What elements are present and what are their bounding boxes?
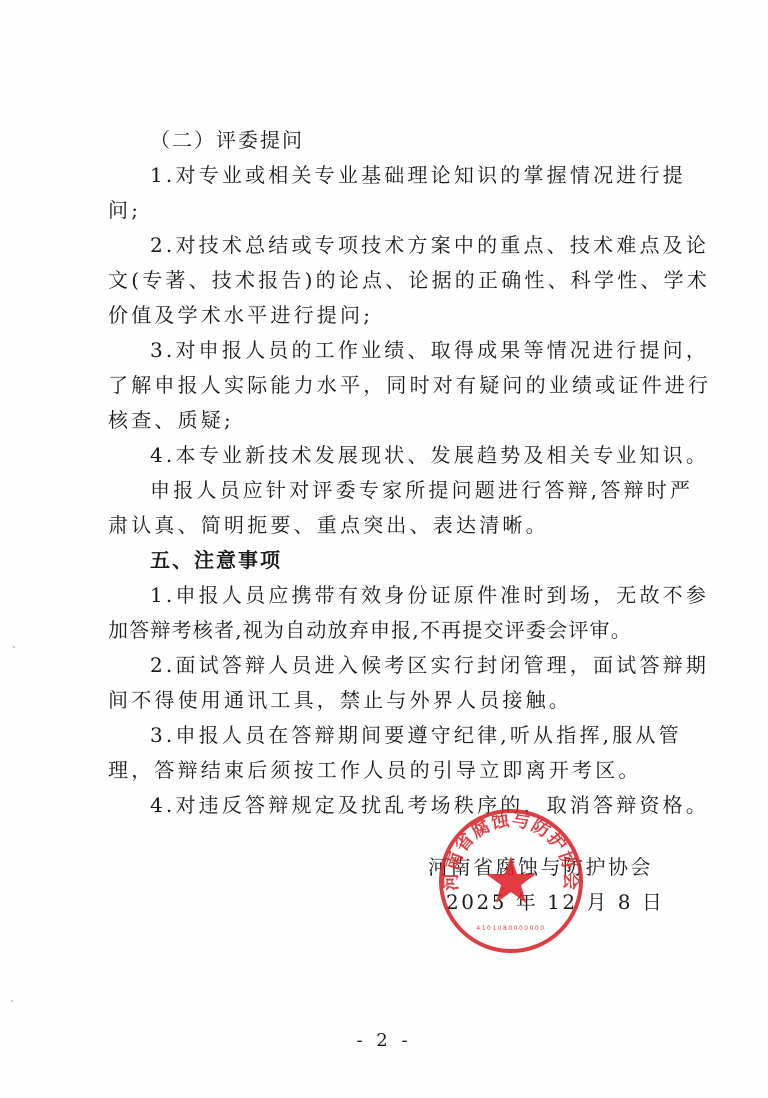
question-3-line-3: 核查、质疑; — [108, 408, 660, 432]
question-2-line-3: 价值及学术水平进行提问; — [108, 303, 660, 327]
defense-note-line-1: 申报人员应针对评委专家所提问题进行答辩,答辩时严 — [150, 478, 660, 502]
question-4-line-1: 4.本专业新技术发展现状、发展趋势及相关专业知识。 — [150, 443, 660, 467]
question-2-line-1: 2.对技术总结或专项技术方案中的重点、技术难点及论 — [150, 233, 660, 257]
official-seal-icon: 河南省腐蚀与防护协会 4101080000000 — [436, 806, 586, 956]
question-1-line-2: 问; — [108, 198, 660, 222]
notice-3-line-2: 理，答辩结束后须按工作人员的引导立即离开考区。 — [108, 758, 660, 782]
section-title: 五、注意事项 — [150, 548, 660, 572]
question-2-line-2: 文(专著、技术报告)的论点、论据的正确性、科学性、学术 — [108, 268, 660, 292]
notice-1-line-1: 1.申报人员应携带有效身份证原件准时到场，无故不参 — [150, 583, 660, 607]
scan-speck — [11, 1000, 13, 1002]
notice-2-line-2: 间不得使用通讯工具，禁止与外界人员接触。 — [108, 688, 660, 712]
scan-speck — [13, 646, 15, 648]
seal-code: 4101080000000 — [476, 925, 545, 932]
subsection-title: （二）评委提问 — [150, 128, 660, 152]
document-page: （二）评委提问 1.对专业或相关专业基础理论知识的掌握情况进行提 问; 2.对技… — [0, 0, 768, 1098]
page-number: - 2 - — [0, 1030, 768, 1051]
notice-1-line-2: 加答辩考核者,视为自动放弃申报,不再提交评委会评审。 — [108, 618, 660, 642]
question-1-line-1: 1.对专业或相关专业基础理论知识的掌握情况进行提 — [150, 163, 660, 187]
question-3-line-2: 了解申报人实际能力水平，同时对有疑问的业绩或证件进行 — [108, 373, 660, 397]
notice-3-line-1: 3.申报人员在答辩期间要遵守纪律,听从指挥,服从管 — [150, 723, 660, 747]
defense-note-line-2: 肃认真、简明扼要、重点突出、表达清晰。 — [108, 513, 660, 537]
notice-2-line-1: 2.面试答辩人员进入候考区实行封闭管理，面试答辩期 — [150, 653, 660, 677]
question-3-line-1: 3.对申报人员的工作业绩、取得成果等情况进行提问， — [150, 338, 660, 362]
